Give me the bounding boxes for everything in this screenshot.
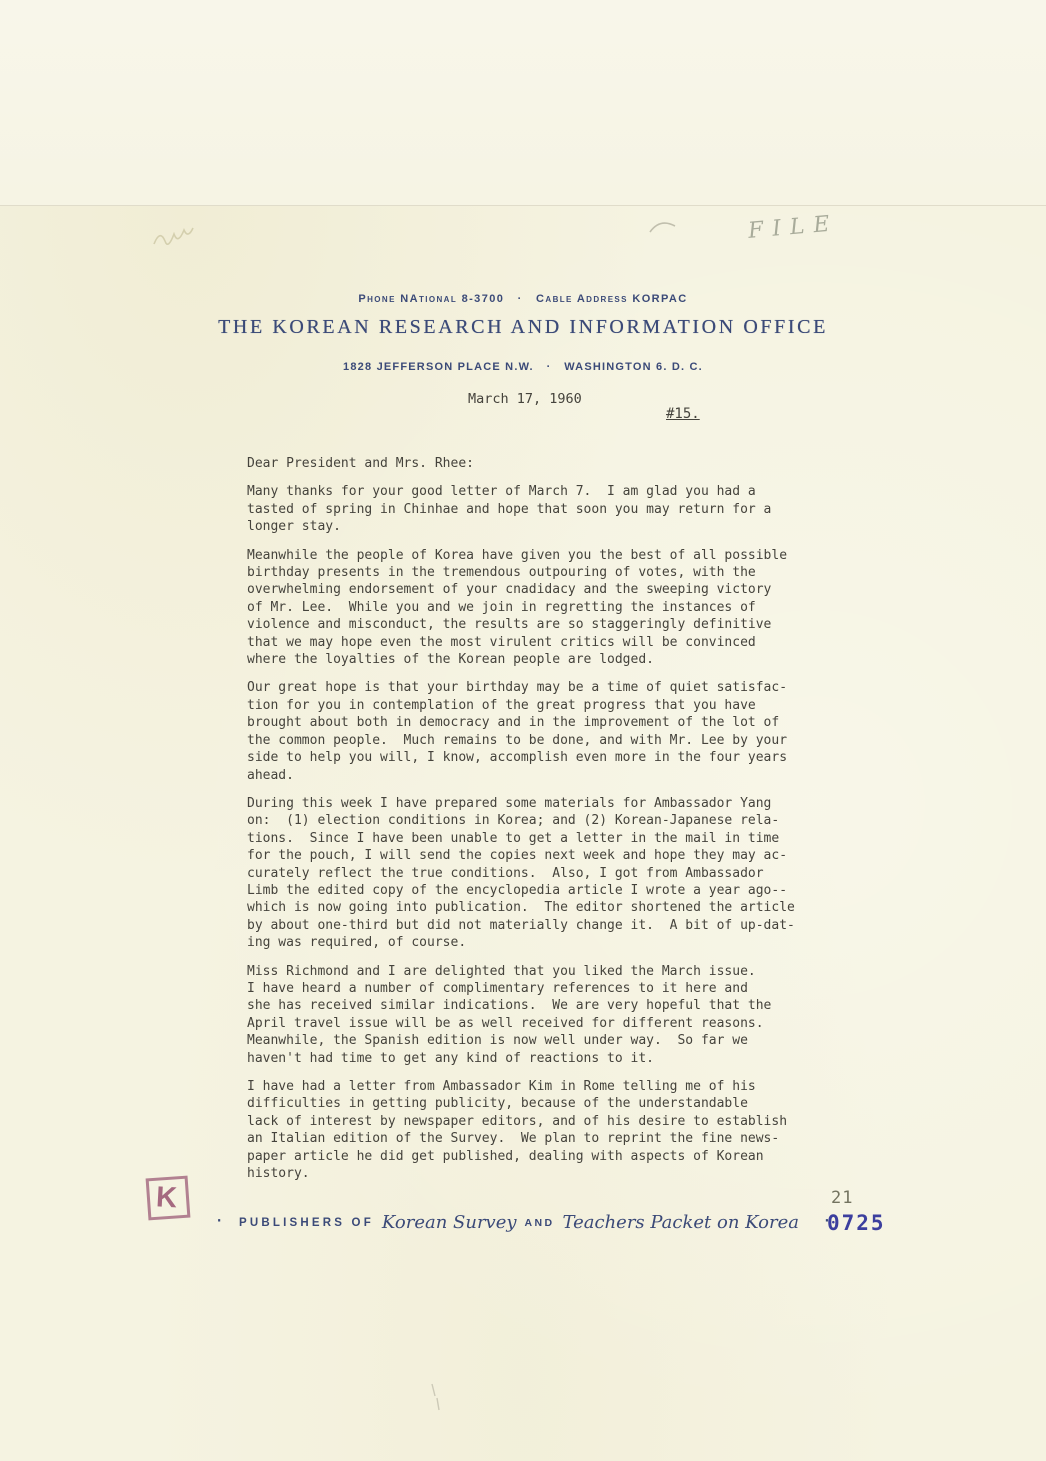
footer-left-dot: ·: [215, 1214, 223, 1229]
k-stamp-letter: K: [155, 1181, 178, 1215]
paragraph: During this week I have prepared some ma…: [247, 795, 827, 952]
publication-korean-survey: Korean Survey: [382, 1212, 517, 1233]
letterhead-title: THE KOREAN RESEARCH AND INFORMATION OFFI…: [0, 316, 1046, 339]
letter-date: March 17, 1960: [468, 391, 582, 407]
typed-page-number: 21: [831, 1188, 853, 1208]
paragraph: Miss Richmond and I are delighted that y…: [247, 963, 827, 1067]
paragraph: Many thanks for your good letter of Marc…: [247, 483, 827, 535]
pencil-scribble: [150, 224, 206, 252]
scan-sheet-edge: [0, 0, 1046, 206]
paragraph: I have had a letter from Ambassador Kim …: [247, 1078, 827, 1182]
paragraph: Our great hope is that your birthday may…: [247, 679, 827, 783]
archive-number-stamp: 0725: [827, 1211, 886, 1235]
salutation: Dear President and Mrs. Rhee:: [247, 455, 827, 472]
pencil-tick-marks: [424, 1382, 444, 1412]
letterhead-phone-line: Phone NAtional 8-3700 · Cable Address KO…: [0, 293, 1046, 305]
scanned-letter-page: FILE Phone NAtional 8-3700 · Cable Addre…: [0, 0, 1046, 1461]
letter-body: Dear President and Mrs. Rhee: Many thank…: [247, 455, 827, 1193]
paragraph: Meanwhile the people of Korea have given…: [247, 547, 827, 669]
pencil-arc-mark: [648, 218, 678, 236]
publication-teachers-packet: Teachers Packet on Korea: [563, 1212, 799, 1233]
letterhead-address-line: 1828 JEFFERSON PLACE N.W. · WASHINGTON 6…: [0, 361, 1046, 373]
footer-and-label: AND: [525, 1217, 555, 1229]
file-handwritten-note: FILE: [747, 211, 839, 244]
publishers-footer: ·PUBLISHERS OFKorean SurveyANDTeachers P…: [0, 1212, 1046, 1233]
footer-publishers-label: PUBLISHERS OF: [239, 1217, 374, 1229]
letter-reference-number: #15.: [666, 406, 700, 422]
